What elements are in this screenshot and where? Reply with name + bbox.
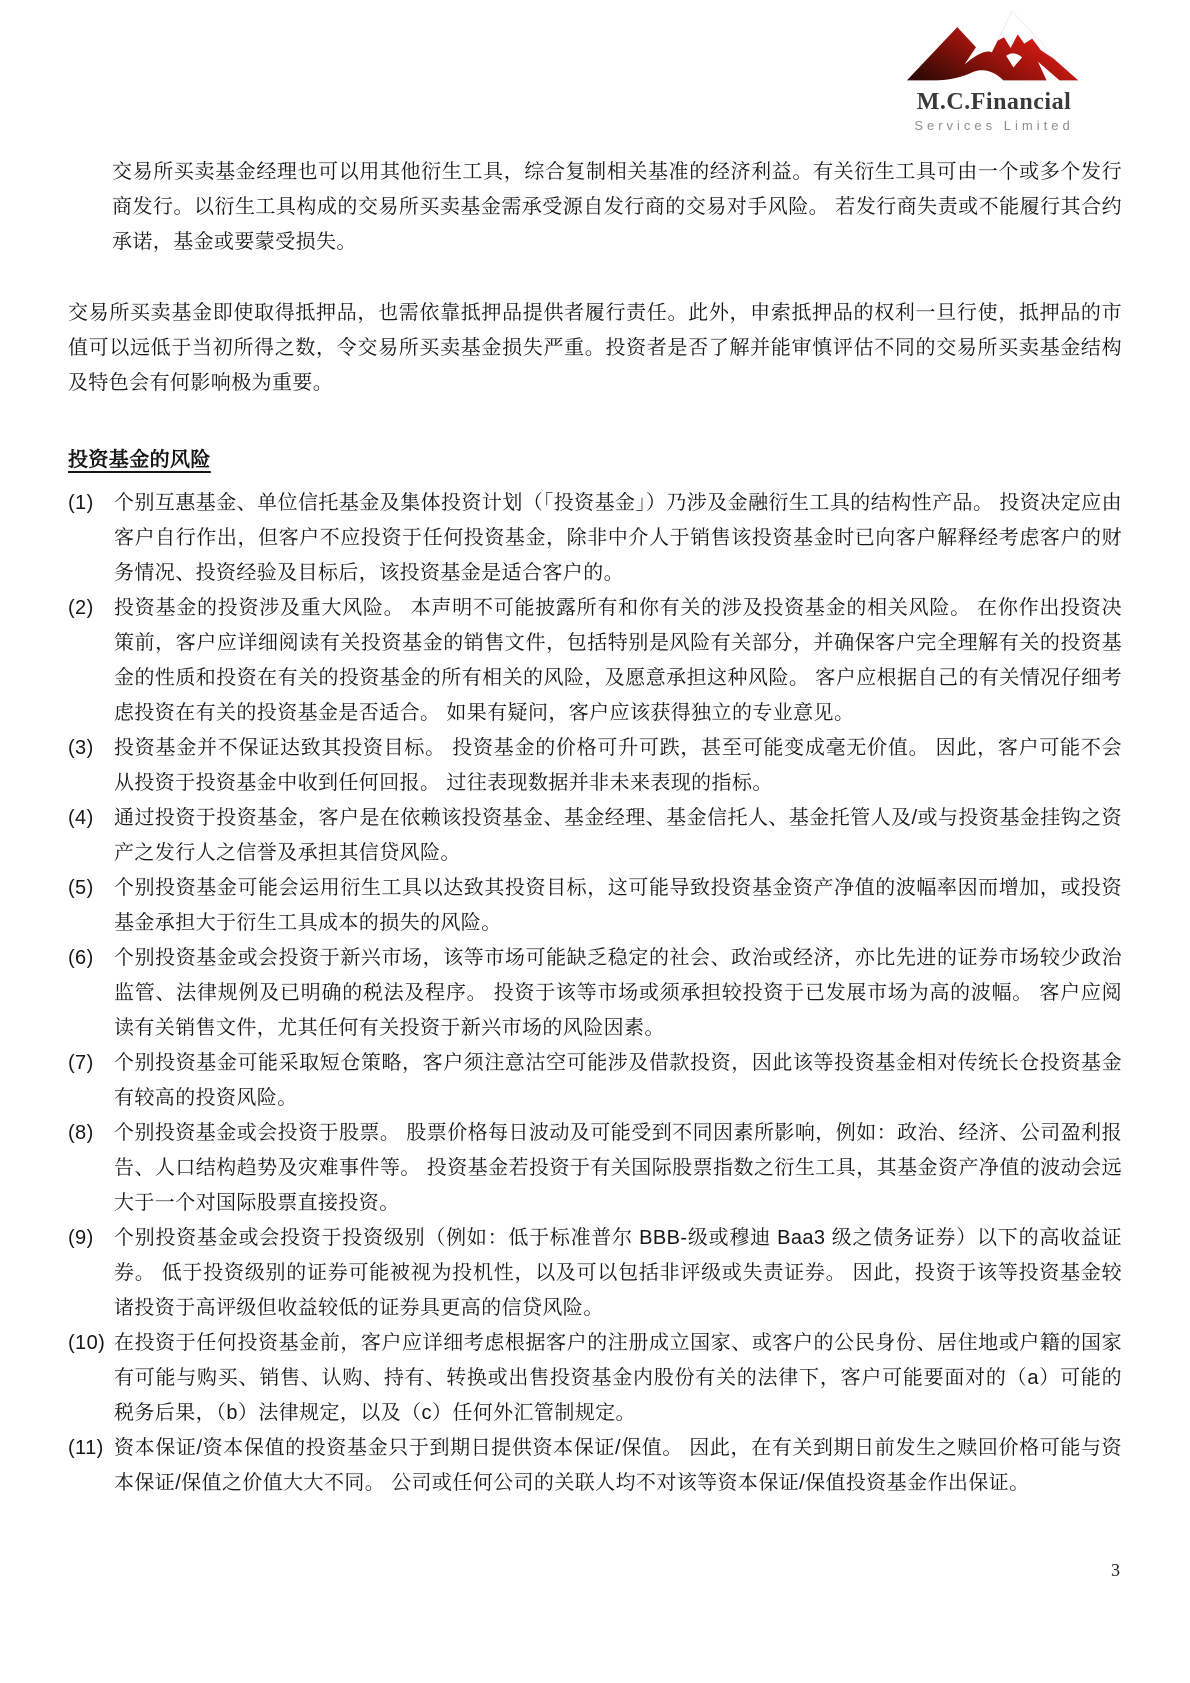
item-number: (10) [68, 1326, 114, 1361]
list-item: (2) 投资基金的投资涉及重大风险。 本声明不可能披露所有和你有关的涉及投资基金… [68, 591, 1122, 731]
item-number: (5) [68, 871, 114, 906]
item-text: 通过投资于投资基金，客户是在依赖该投资基金、基金经理、基金信托人、基金托管人及/… [114, 801, 1122, 871]
document-page: M.C.Financial Services Limited 交易所买卖基金经理… [0, 0, 1190, 1683]
item-text: 个别投资基金或会投资于投资级别（例如：低于标准普尔 BBB-级或穆迪 Baa3 … [114, 1221, 1122, 1326]
item-number: (9) [68, 1221, 114, 1256]
page-header: M.C.Financial Services Limited [0, 0, 1190, 133]
document-body: 交易所买卖基金经理也可以用其他衍生工具，综合复制相关基准的经济利益。有关衍生工具… [68, 155, 1122, 1501]
item-text: 个别投资基金或会投资于新兴市场，该等市场可能缺乏稳定的社会、政治或经济，亦比先进… [114, 941, 1122, 1046]
item-text: 资本保证/资本保值的投资基金只于到期日提供资本保证/保值。 因此，在有关到期日前… [114, 1431, 1122, 1501]
item-number: (3) [68, 731, 114, 766]
list-item: (5) 个别投资基金可能会运用衍生工具以达致其投资目标，这可能导致投资基金资产净… [68, 871, 1122, 941]
list-item: (7) 个别投资基金可能采取短仓策略，客户须注意沽空可能涉及借款投资，因此该等投… [68, 1046, 1122, 1116]
paragraph-etf-collateral: 交易所买卖基金即使取得抵押品，也需依靠抵押品提供者履行责任。此外，申索抵押品的权… [68, 296, 1122, 401]
mountain-logo-icon [874, 8, 1114, 88]
item-text: 个别投资基金或会投资于股票。 股票价格每日波动及可能受到不同因素所影响，例如：政… [114, 1116, 1122, 1221]
list-item: (4) 通过投资于投资基金，客户是在依赖该投资基金、基金经理、基金信托人、基金托… [68, 801, 1122, 871]
item-text: 投资基金的投资涉及重大风险。 本声明不可能披露所有和你有关的涉及投资基金的相关风… [114, 591, 1122, 731]
list-item: (8) 个别投资基金或会投资于股票。 股票价格每日波动及可能受到不同因素所影响，… [68, 1116, 1122, 1221]
paragraph-etf-derivatives: 交易所买卖基金经理也可以用其他衍生工具，综合复制相关基准的经济利益。有关衍生工具… [112, 155, 1122, 260]
item-number: (4) [68, 801, 114, 836]
list-item: (10) 在投资于任何投资基金前，客户应详细考虑根据客户的注册成立国家、或客户的… [68, 1326, 1122, 1431]
list-item: (11) 资本保证/资本保值的投资基金只于到期日提供资本保证/保值。 因此，在有… [68, 1431, 1122, 1501]
risk-list: (1) 个别互惠基金、单位信托基金及集体投资计划（「投资基金」）乃涉及金融衍生工… [68, 486, 1122, 1501]
item-number: (6) [68, 941, 114, 976]
company-logo: M.C.Financial Services Limited [874, 8, 1114, 133]
list-item: (6) 个别投资基金或会投资于新兴市场，该等市场可能缺乏稳定的社会、政治或经济，… [68, 941, 1122, 1046]
item-text: 个别投资基金可能会运用衍生工具以达致其投资目标，这可能导致投资基金资产净值的波幅… [114, 871, 1122, 941]
item-number: (7) [68, 1046, 114, 1081]
company-subtitle: Services Limited [874, 118, 1114, 133]
list-item: (9) 个别投资基金或会投资于投资级别（例如：低于标准普尔 BBB-级或穆迪 B… [68, 1221, 1122, 1326]
page-number: 3 [1111, 1560, 1120, 1581]
item-text: 个别投资基金可能采取短仓策略，客户须注意沽空可能涉及借款投资，因此该等投资基金相… [114, 1046, 1122, 1116]
item-number: (2) [68, 591, 114, 626]
item-text: 在投资于任何投资基金前，客户应详细考虑根据客户的注册成立国家、或客户的公民身份、… [114, 1326, 1122, 1431]
item-number: (11) [68, 1431, 114, 1466]
list-item: (3) 投资基金并不保证达致其投资目标。 投资基金的价格可升可跌，甚至可能变成毫… [68, 731, 1122, 801]
item-number: (8) [68, 1116, 114, 1151]
item-text: 投资基金并不保证达致其投资目标。 投资基金的价格可升可跌，甚至可能变成毫无价值。… [114, 731, 1122, 801]
company-name: M.C.Financial [874, 90, 1114, 115]
section-heading-fund-risks: 投资基金的风险 [68, 443, 211, 478]
list-item: (1) 个别互惠基金、单位信托基金及集体投资计划（「投资基金」）乃涉及金融衍生工… [68, 486, 1122, 591]
item-text: 个别互惠基金、单位信托基金及集体投资计划（「投资基金」）乃涉及金融衍生工具的结构… [114, 486, 1122, 591]
item-number: (1) [68, 486, 114, 521]
